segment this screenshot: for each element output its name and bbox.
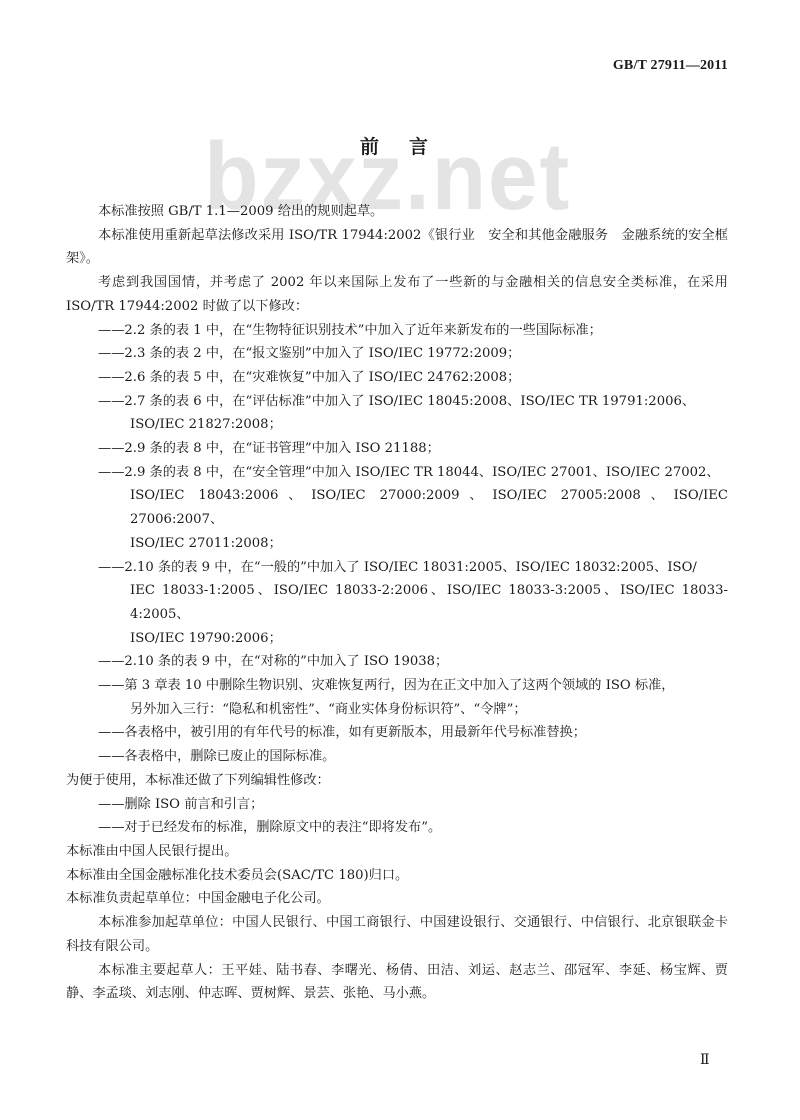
list-item: ——对于已经发布的标准，删除原文中的表注“即将发布”。 [66,816,728,840]
main-drafters-statement: 本标准主要起草人：王平娃、陆书春、李曙光、杨倩、田洁、刘运、赵志兰、邵冠军、李延… [66,959,728,1006]
list-item: ——2.6 条的表 5 中，在“灾难恢复”中加入了 ISO/IEC 24762:… [66,366,728,390]
page-number: Ⅱ [700,1052,710,1068]
list-item: ——2.10 条的表 9 中，在“对称的”中加入了 ISO 19038； [66,650,728,674]
list-item: ——2.2 条的表 1 中，在“生物特征识别技术”中加入了近年来新发布的一些国际… [66,319,728,343]
modifications-list: ——2.2 条的表 1 中，在“生物特征识别技术”中加入了近年来新发布的一些国际… [66,319,728,769]
proposer-statement: 本标准由中国人民银行提出。 [66,840,728,864]
list-item: ——2.10 条的表 9 中，在“一般的”中加入了 ISO/IEC 18031:… [66,556,728,651]
list-item: ——2.3 条的表 2 中，在“报文鉴别”中加入了 ISO/IEC 19772:… [66,342,728,366]
list-item: ——2.9 条的表 8 中，在“证书管理”中加入 ISO 21188； [66,437,728,461]
list-item: ——各表格中，删除已废止的国际标准。 [66,745,728,769]
list-item: ——2.9 条的表 8 中，在“安全管理”中加入 ISO/IEC TR 1804… [66,461,728,556]
committee-statement: 本标准由全国金融标准化技术委员会(SAC/TC 180)归口。 [66,864,728,888]
list-item: ——删除 ISO 前言和引言； [66,793,728,817]
standard-code: GB/T 27911—2011 [613,58,728,74]
lead-drafter-statement: 本标准负责起草单位：中国金融电子化公司。 [66,887,728,911]
editorial-intro: 为便于使用，本标准还做了下列编辑性修改： [66,769,728,793]
paragraph-drafting-rules: 本标准按照 GB/T 1.1—2009 给出的规则起草。 [66,200,728,224]
paragraph-adoption: 本标准使用重新起草法修改采用 ISO/TR 17944:2002《银行业 安全和… [66,224,728,271]
page-title: 前言 [0,132,800,159]
list-item: ——各表格中，被引用的有年代号的标准，如有更新版本，用最新年代号标准替换； [66,721,728,745]
editorial-changes-list: ——删除 ISO 前言和引言； ——对于已经发布的标准，删除原文中的表注“即将发… [66,793,728,840]
list-item: ——第 3 章表 10 中删除生物识别、灾难恢复两行，因为在正文中加入了这两个领… [66,674,728,721]
participating-drafters-statement: 本标准参加起草单位：中国人民银行、中国工商银行、中国建设银行、交通银行、中信银行… [66,911,728,958]
document-body: 本标准按照 GB/T 1.1—2009 给出的规则起草。 本标准使用重新起草法修… [66,200,728,1006]
paragraph-modifications-intro: 考虑到我国国情，并考虑了 2002 年以来国际上发布了一些新的与金融相关的信息安… [66,271,728,318]
list-item: ——2.7 条的表 6 中，在“评估标准”中加入了 ISO/IEC 18045:… [66,390,728,437]
